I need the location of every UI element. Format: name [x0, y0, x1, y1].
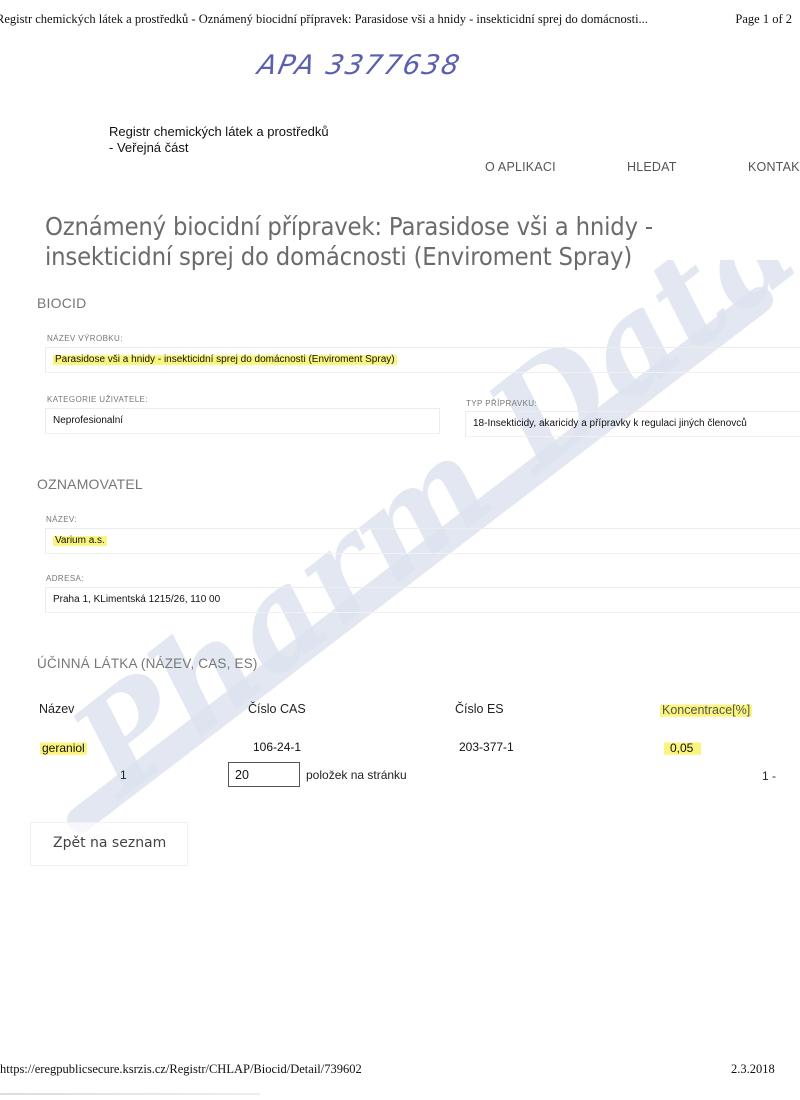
print-footer-date: 2.3.2018 [731, 1062, 775, 1077]
product-type-label: TYP PŘÍPRAVKU: [466, 399, 537, 408]
product-type-value: 18-Insekticidy, akaricidy a přípravky k … [473, 418, 747, 429]
cell-name: geraniol [40, 740, 87, 756]
product-type-field: 18-Insekticidy, akaricidy a přípravky k … [465, 411, 800, 437]
print-header: Registr chemických látek a prostředků - … [0, 12, 800, 27]
cell-es: 203-377-1 [459, 740, 514, 754]
pagination: 1 položek na stránku 1 - [0, 762, 800, 788]
col-cas[interactable]: Číslo CAS [248, 702, 306, 716]
nav-o-aplikaci[interactable]: O APLIKACI [485, 160, 556, 174]
print-footer-url: https://eregpublicsecure.ksrzis.cz/Regis… [0, 1062, 362, 1077]
notifier-name-value: Varium a.s. [53, 534, 107, 547]
per-page-label: položek na stránku [306, 768, 407, 782]
page-size-input[interactable] [228, 762, 300, 787]
back-to-list-button[interactable]: Zpět na seznam [30, 822, 188, 866]
product-name-label: NÁZEV VÝROBKU: [47, 334, 123, 343]
nav-kontakt[interactable]: KONTAKT [748, 160, 800, 174]
user-category-value: Neprofesionalní [53, 415, 123, 426]
col-es[interactable]: Číslo ES [455, 702, 504, 716]
notifier-address-field: Praha 1, KLimentská 1215/26, 110 00 [45, 587, 800, 613]
page-title: Oznámený biocidní přípravek: Parasidose … [45, 212, 770, 272]
product-name-value: Parasidose vši a hnidy - insekticidní sp… [53, 353, 397, 366]
section-active-substance-title: ÚČINNÁ LÁTKA (NÁZEV, CAS, ES) [37, 656, 258, 671]
main-nav: O APLIKACI HLEDAT KONTAKT [0, 160, 800, 180]
user-category-label: KATEGORIE UŽIVATELE: [47, 395, 148, 404]
nav-hledat[interactable]: HLEDAT [627, 160, 677, 174]
handwritten-note: APA 3377638 [255, 50, 464, 81]
site-brand[interactable]: Registr chemických látek a prostředků - … [109, 124, 329, 156]
product-name-field: Parasidose vši a hnidy - insekticidní sp… [45, 347, 800, 373]
notifier-name-field: Varium a.s. [45, 528, 800, 554]
col-nazev[interactable]: Název [39, 702, 74, 716]
notifier-name-label: NÁZEV: [46, 515, 77, 524]
print-page-number: Page 1 of 2 [735, 12, 792, 27]
cell-cas: 106-24-1 [253, 740, 301, 754]
page-range: 1 - [762, 769, 776, 783]
cell-concentration: 0,05 [664, 740, 701, 756]
col-koncentrace[interactable]: Koncentrace[%] [660, 702, 752, 718]
print-header-title: Registr chemických látek a prostředků - … [0, 12, 648, 27]
section-biocid-title: BIOCID [37, 295, 86, 311]
notifier-address-value: Praha 1, KLimentská 1215/26, 110 00 [53, 594, 220, 605]
user-category-field: Neprofesionalní [45, 408, 440, 434]
section-notifier-title: OZNAMOVATEL [37, 476, 143, 492]
notifier-address-label: ADRESA: [46, 574, 84, 583]
scan-edge-line [0, 1093, 260, 1095]
page-number-link[interactable]: 1 [120, 768, 127, 782]
